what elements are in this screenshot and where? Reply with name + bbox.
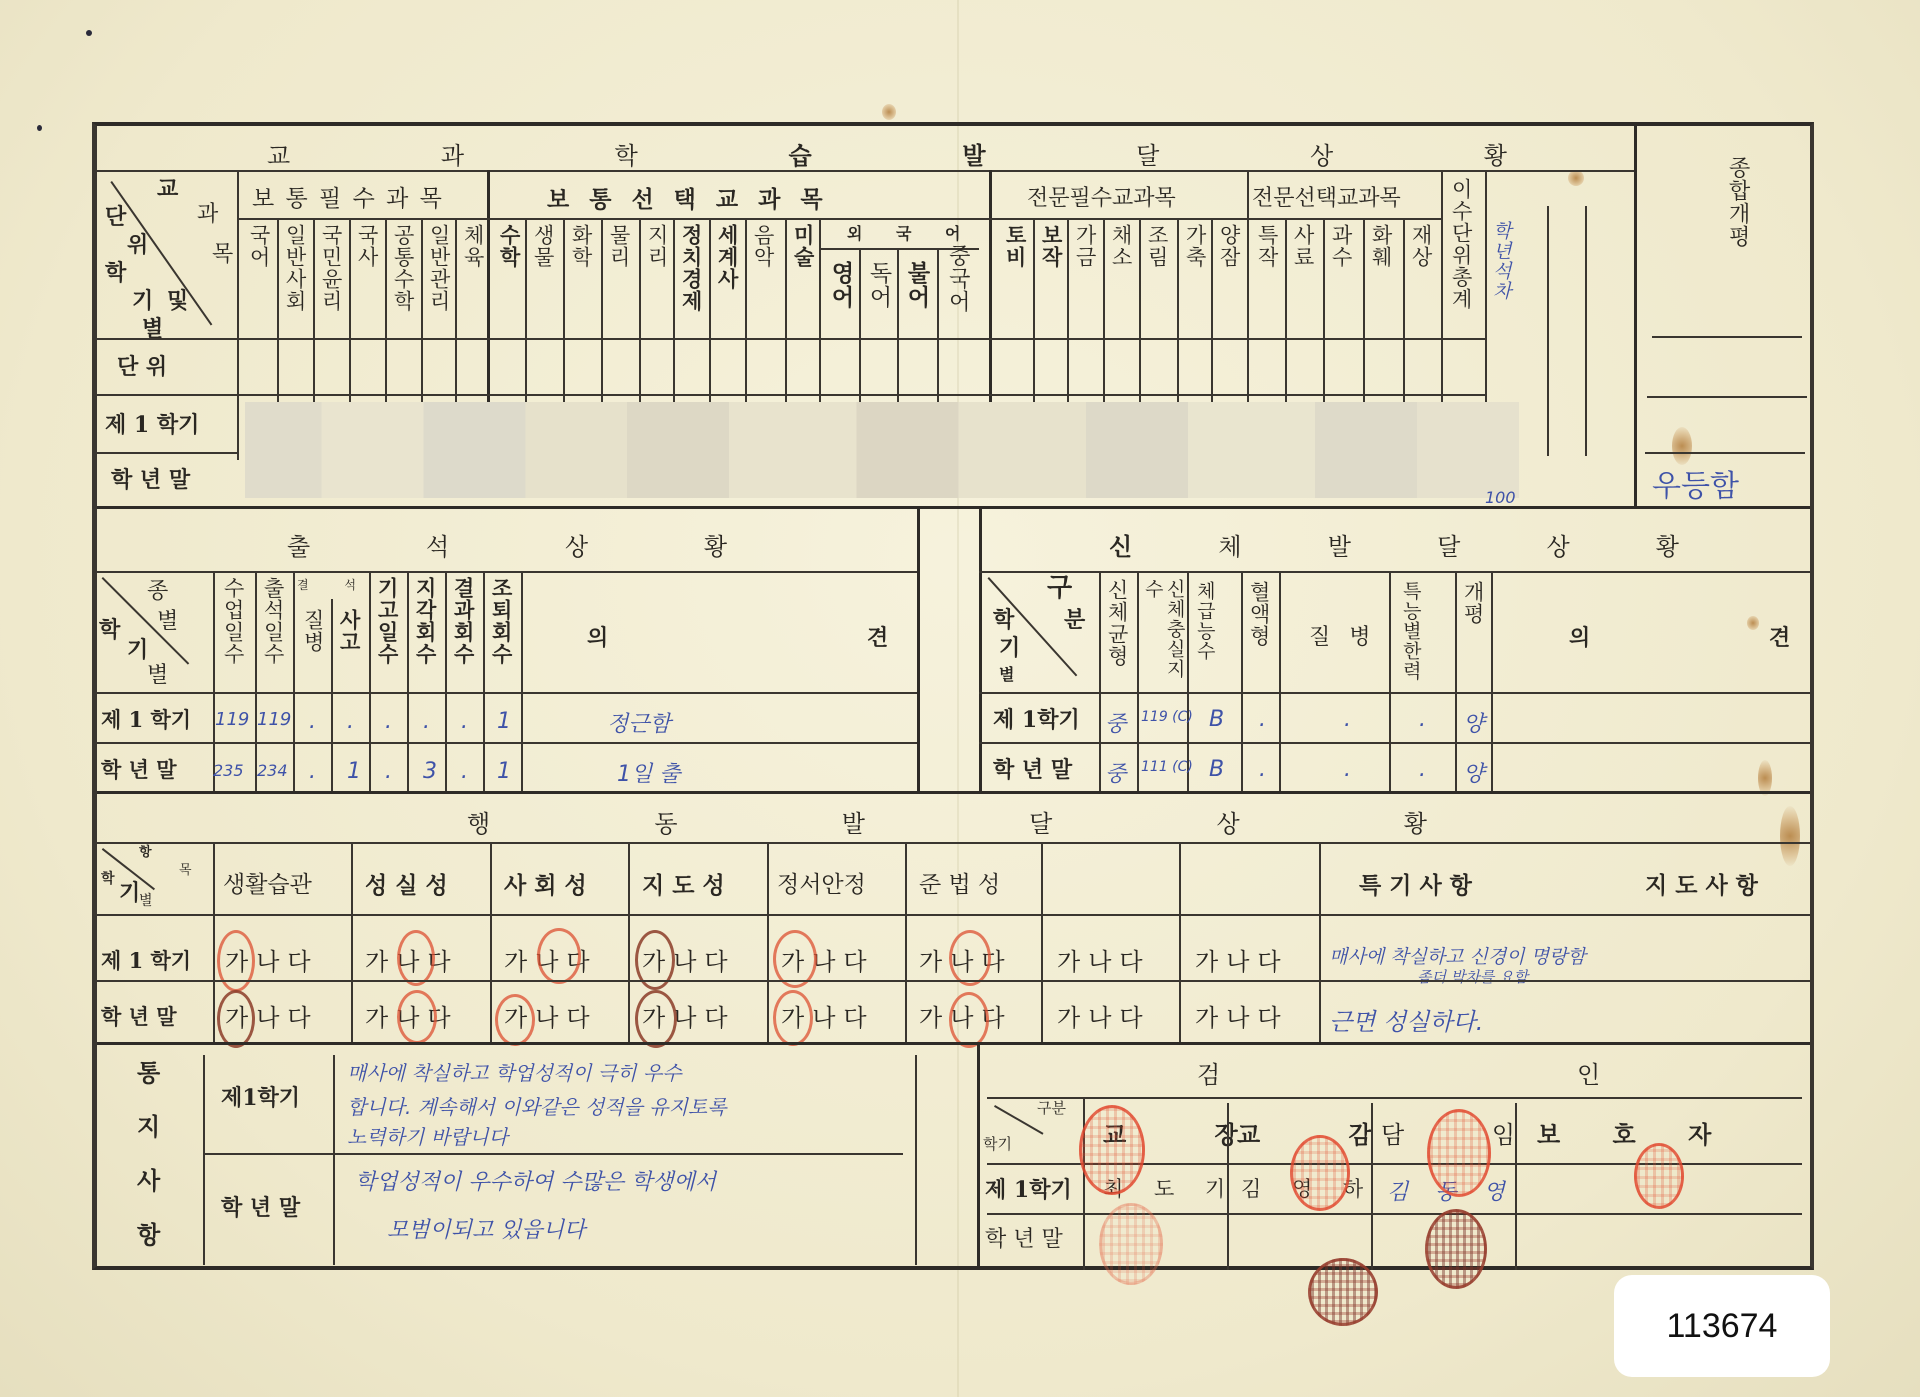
seal-stamp-principal-year-end xyxy=(1099,1203,1163,1285)
seal-title-left: 검 xyxy=(1197,1063,1220,1087)
col-guardian: 보 호 자 xyxy=(1537,1123,1711,1147)
grade-circle xyxy=(773,990,813,1046)
notice-sem1-line3: 노력하기 바랍니다 xyxy=(347,1121,508,1150)
redacted-grades xyxy=(245,402,1519,498)
overall-eval-header: 종합개평 xyxy=(1709,156,1766,248)
special-notes-sem1-line2: 좀더 박차를 요함 xyxy=(1417,966,1528,987)
behavior-row-label-year-end: 학 년 말 xyxy=(101,1006,176,1027)
group-special-elective: 전문선택교과목 xyxy=(1252,188,1401,210)
student-record-form: 교 과 학 습 발 달 상 황 교 과 목 단 위 학 기 및 별 단 위 제 xyxy=(92,122,1814,1270)
grade-circle xyxy=(635,990,677,1048)
attendance-section: 출 석 상 황 종 별 학 기 별 수업일수 출석일수 결 석 질병 사고 기고… xyxy=(97,509,917,791)
notice-row-label-sem1: 제1학기 xyxy=(221,1087,300,1109)
special-notes-year-end: 근면 성실하다. xyxy=(1329,1002,1483,1037)
attendance-opinion-year-end: 1일 출 xyxy=(617,757,681,788)
grade-circle xyxy=(217,930,255,992)
academic-title: 교 과 학 습 발 달 상 황 xyxy=(267,136,1507,171)
row-label-sem1: 제 1 학기 xyxy=(105,414,199,436)
notice-row-label-year-end: 학 년 말 xyxy=(221,1197,300,1219)
credit-total-header: 이수단위총계 xyxy=(1449,178,1473,310)
absence-group: 결 석 xyxy=(297,579,372,591)
ink-speck xyxy=(86,30,92,36)
grade-circle xyxy=(949,930,991,986)
foreign-language-group: 외 국 어 xyxy=(847,226,975,242)
seal-row-label-year-end: 학 년 말 xyxy=(985,1229,1063,1251)
attendance-opinion-sem1: 정근함 xyxy=(607,707,671,738)
behavior-row-label-sem1: 제 1 학기 xyxy=(101,950,191,971)
group-general-elective: 보 통 선 택 교 과 목 xyxy=(547,188,829,211)
physical-title: 신 체 발 달 상 황 xyxy=(1109,527,1679,562)
seal-stamp-overflow xyxy=(1308,1258,1378,1326)
behavior-section: 행 동 발 달 상 황 항 목 학 기 별 생활습관 성 실 성 사 회 성 지… xyxy=(97,794,1810,1042)
notice-year-end-line1: 학업성적이 우수하여 수많은 학생에서 xyxy=(355,1165,716,1196)
notice-sem1-line1: 매사에 착실하고 학업성적이 극히 우수 xyxy=(347,1057,682,1086)
seal-stamp-guardian xyxy=(1634,1143,1684,1209)
notice-sem1-line2: 합니다. 계속해서 이와같은 성적을 유지토록 xyxy=(347,1091,727,1120)
notes-header-special: 특 기 사 항 xyxy=(1359,874,1472,897)
seal-check-section: 검 인 구분 학기 교 장 교 감 담 임 보 호 자 제 1학기 최 도 기 … xyxy=(977,1045,1810,1270)
physical-section: 신 체 발 달 상 황 구 분 학 기 별 신체균형 신체충실지수 체급능수 혈… xyxy=(979,509,1810,791)
special-notes-sem1-line1: 매사에 착실하고 신경이 명랑함 xyxy=(1329,942,1586,969)
handwritten-rank-note: 학년석차 xyxy=(1489,221,1511,301)
behavior-title: 행 동 발 달 상 황 xyxy=(467,804,1427,839)
ink-speck xyxy=(37,125,42,131)
academic-section: 교 과 학 습 발 달 상 황 교 과 목 단 위 학 기 및 별 단 위 제 xyxy=(97,126,1810,506)
grade-circle xyxy=(397,990,437,1044)
stain xyxy=(882,104,896,120)
seal-row-label-sem1: 제 1학기 xyxy=(985,1179,1072,1201)
archive-id-label: 113674 xyxy=(1614,1275,1830,1377)
seal-stamp-homeroom xyxy=(1427,1109,1491,1197)
attendance-title: 출 석 상 황 xyxy=(287,527,727,562)
grade-circle xyxy=(217,990,255,1048)
notice-year-end-line2: 모범이되고 있읍니다 xyxy=(387,1213,585,1244)
notice-section: 통 지 사 항 제1학기 매사에 착실하고 학업성적이 극히 우수 합니다. 계… xyxy=(97,1045,917,1270)
seal-title-right: 인 xyxy=(1577,1063,1600,1087)
seal-stamp-homeroom-year-end xyxy=(1425,1209,1487,1289)
grade-circle xyxy=(949,992,989,1048)
group-special-required: 전문필수교과목 xyxy=(1027,188,1176,210)
group-general-required: 보 통 필 수 과 목 xyxy=(252,188,444,211)
grade-circle xyxy=(537,928,581,984)
overall-eval-value: 우등함 xyxy=(1652,461,1739,505)
grade-circle xyxy=(495,994,535,1046)
grade-circle xyxy=(397,930,435,986)
notes-header-guidance: 지 도 사 항 xyxy=(1645,874,1758,897)
seal-stamp-principal xyxy=(1079,1105,1145,1195)
row-label-credits: 단 위 xyxy=(117,356,167,378)
seal-stamp-vice-principal xyxy=(1290,1135,1350,1211)
row-label-year-end: 학 년 말 xyxy=(111,469,190,491)
handwritten-total: 100 xyxy=(1485,488,1516,507)
